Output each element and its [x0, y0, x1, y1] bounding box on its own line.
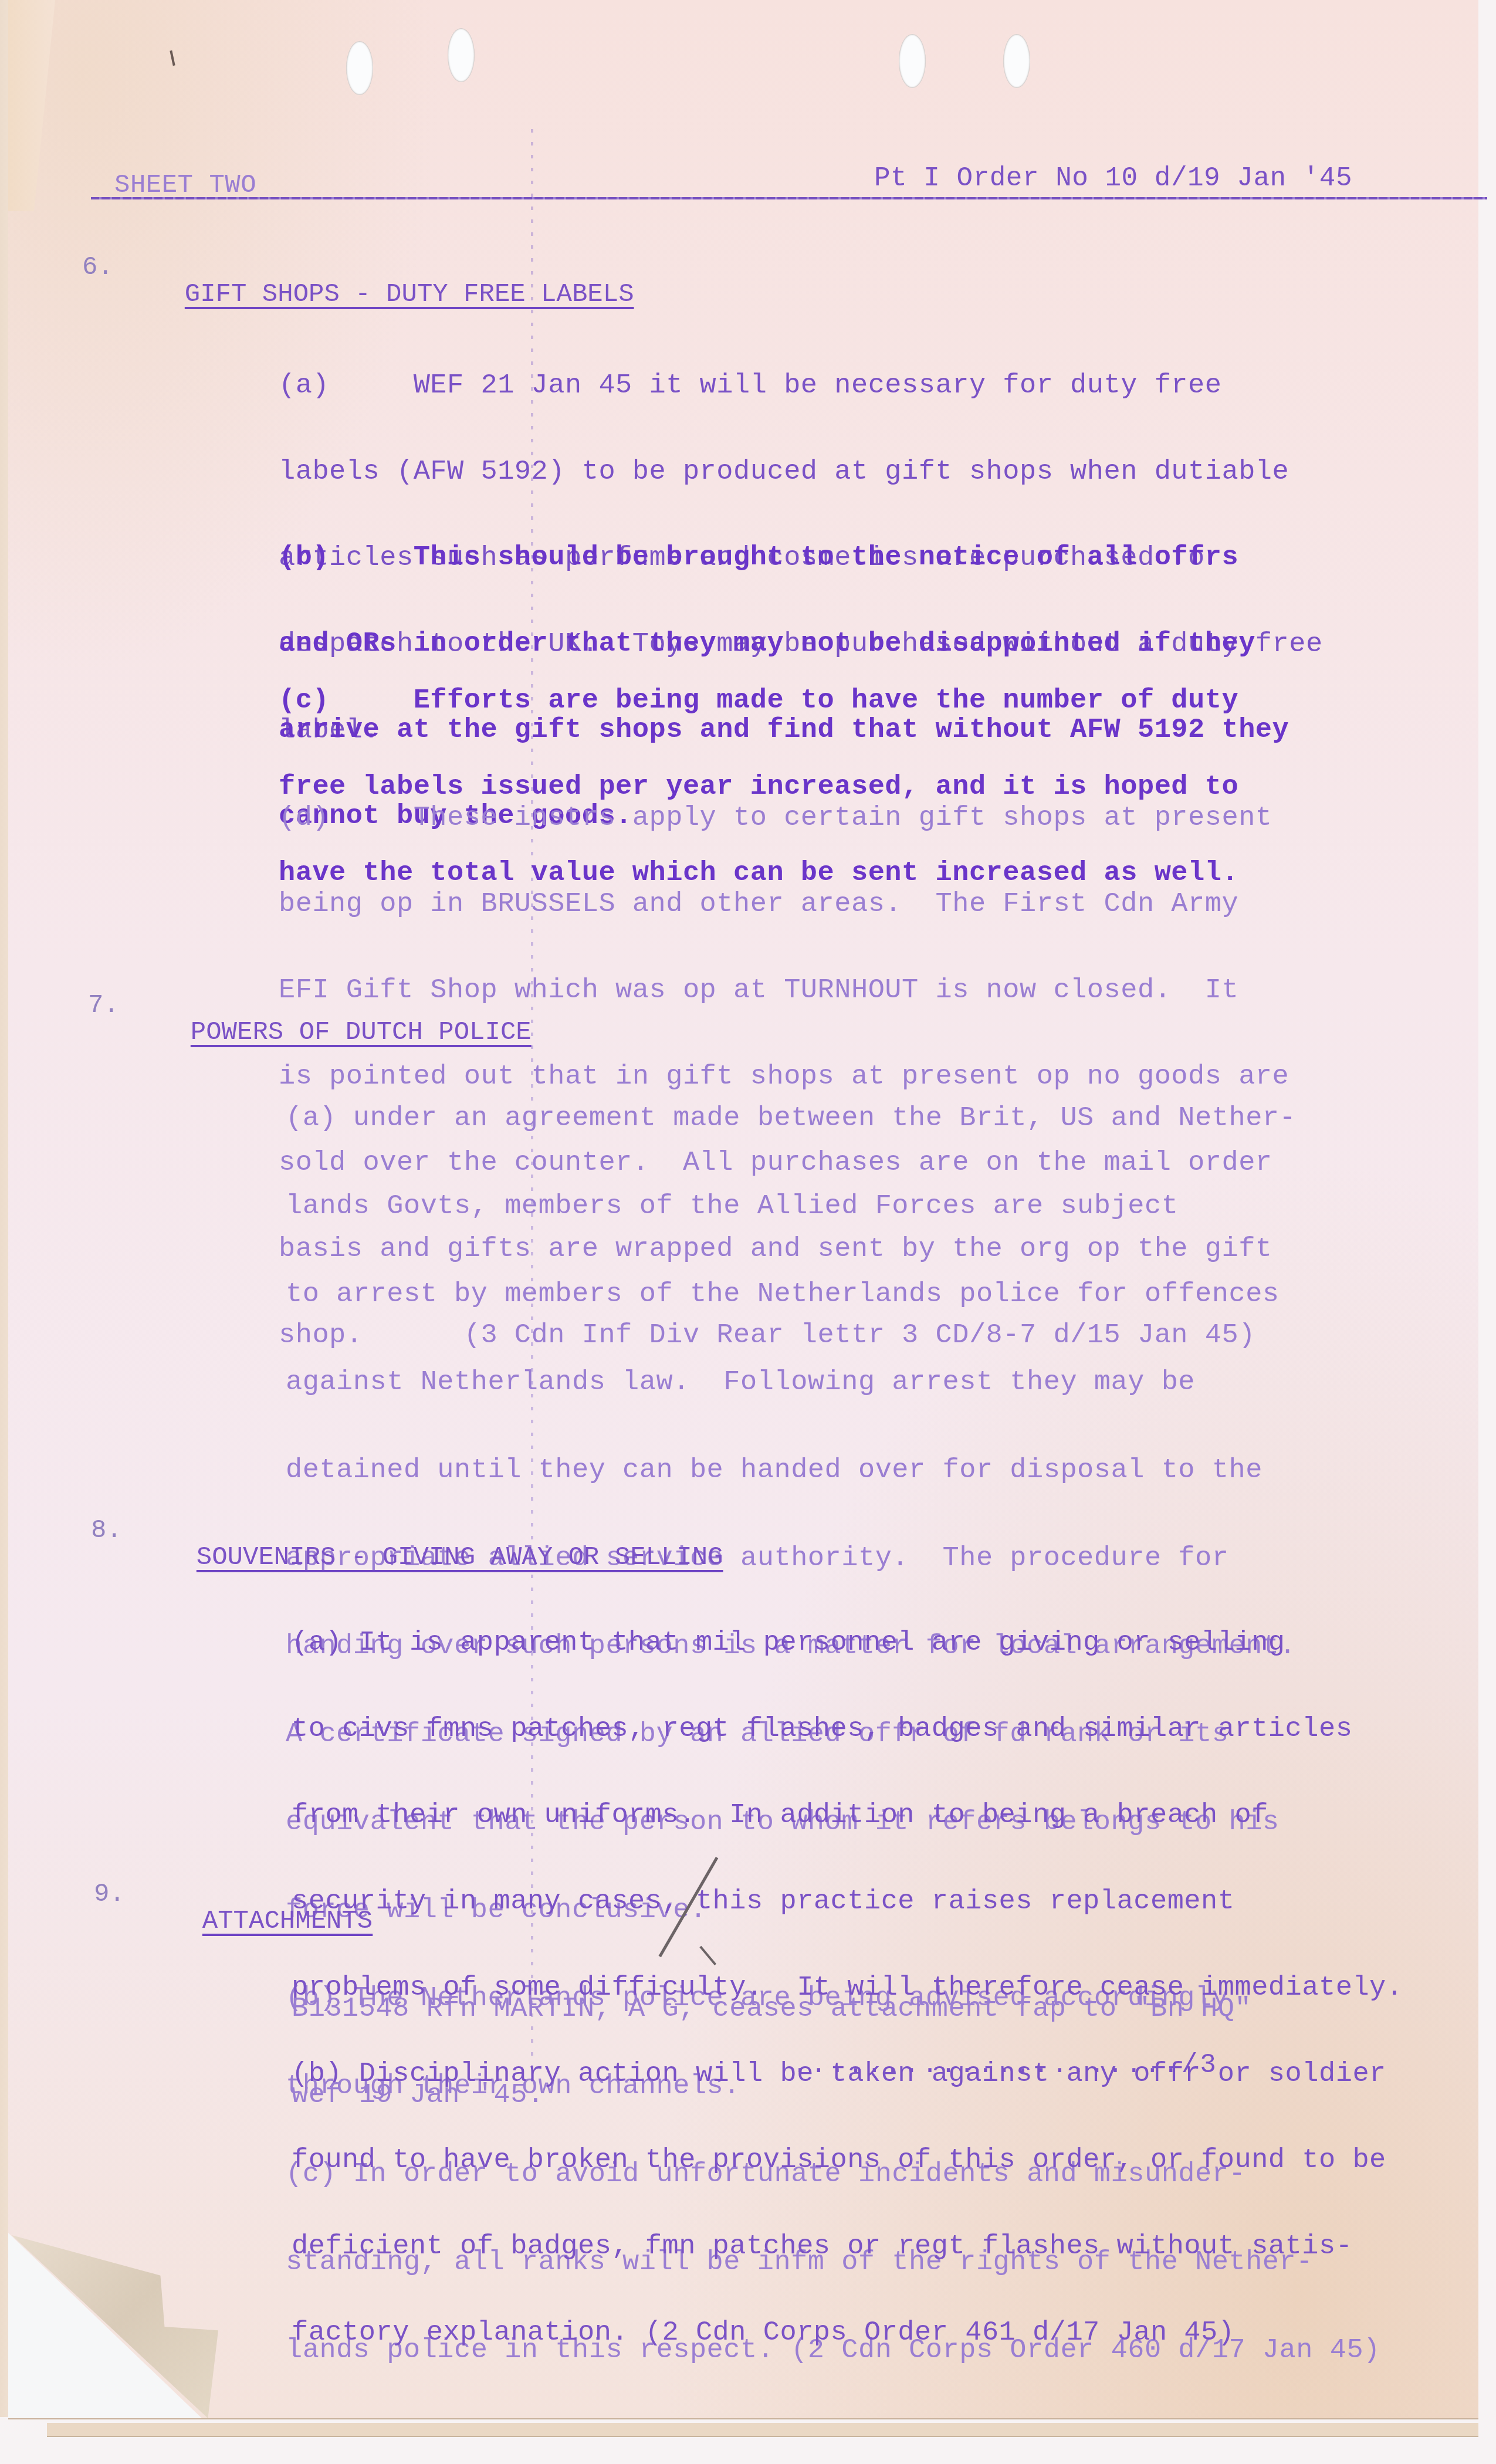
section-title: GIFT SHOPS - DUTY FREE LABELS [185, 280, 634, 309]
section-heading: SOUVENIRS - GIVING AWAY OR SELLING [165, 1515, 723, 1572]
text-line: (c) Efforts are being made to have the n… [279, 686, 1238, 715]
paragraph-9: B131548 Rfn MARTIN, A G, ceases attachme… [292, 1937, 1251, 2138]
text-line: to arrest by members of the Netherlands … [286, 1280, 1380, 1309]
punch-hole-icon [899, 34, 926, 88]
section-title: ATTACHMENTS [202, 1907, 373, 1936]
section-heading: ATTACHMENTS [171, 1879, 373, 1935]
text-line: from their own uniforms. In addition to … [292, 1801, 1403, 1830]
text-line: (b) This should be brought to the notice… [279, 543, 1289, 572]
header-rule [91, 197, 1487, 199]
text-line: B131548 Rfn MARTIN, A G, ceases attachme… [292, 1995, 1251, 2023]
text-line: against Netherlands law. Following arres… [286, 1368, 1380, 1397]
section-heading: POWERS OF DUTCH POLICE [160, 990, 532, 1047]
section-title: POWERS OF DUTCH POLICE [191, 1018, 532, 1047]
text-line: being op in BRUSSELS and other areas. Th… [279, 890, 1289, 919]
section-number: 6. [82, 253, 113, 282]
text-line: (a) It is apparent that mil personnel ar… [292, 1629, 1403, 1657]
underlying-page-bottom-edge [47, 2423, 1478, 2437]
text-line: (d) These instrs apply to certain gift s… [279, 804, 1289, 832]
section-number: 7. [88, 991, 119, 1020]
text-line: found to have broken the provisions of t… [292, 2146, 1403, 2175]
section-number: 9. [94, 1880, 125, 1908]
text-line: factory explanation. (2 Cdn Corps Order … [292, 2319, 1403, 2347]
text-line: lands Govts, members of the Allied Force… [286, 1192, 1380, 1221]
punch-hole-icon [346, 41, 373, 95]
text-line: (a) WEF 21 Jan 45 it will be necessary f… [279, 371, 1323, 400]
text-line: wef 19 Jan '45. [292, 2081, 1251, 2110]
order-reference: Pt I Order No 10 d/19 Jan '45 [874, 164, 1352, 193]
punch-hole-icon [448, 28, 475, 82]
text-line: security in many cases, this practice ra… [292, 1887, 1403, 1916]
continuation-marker: ...................../3 [792, 2050, 1219, 2080]
section-title: SOUVENIRS - GIVING AWAY OR SELLING [197, 1543, 723, 1572]
sheet-label: SHEET TWO [114, 171, 256, 200]
text-line: (a) under an agreement made between the … [286, 1104, 1380, 1133]
text-line: to civs fmns patches, regt flashes, badg… [292, 1715, 1403, 1744]
section-number: 8. [91, 1517, 122, 1545]
punch-hole-icon [1003, 34, 1030, 88]
text-line: detained until they can be handed over f… [286, 1456, 1380, 1485]
section-heading: GIFT SHOPS - DUTY FREE LABELS [154, 252, 634, 309]
text-line: labels (AFW 5192) to be produced at gift… [279, 458, 1323, 486]
text-line: deficient of badges, fmn patches or regt… [292, 2232, 1403, 2261]
